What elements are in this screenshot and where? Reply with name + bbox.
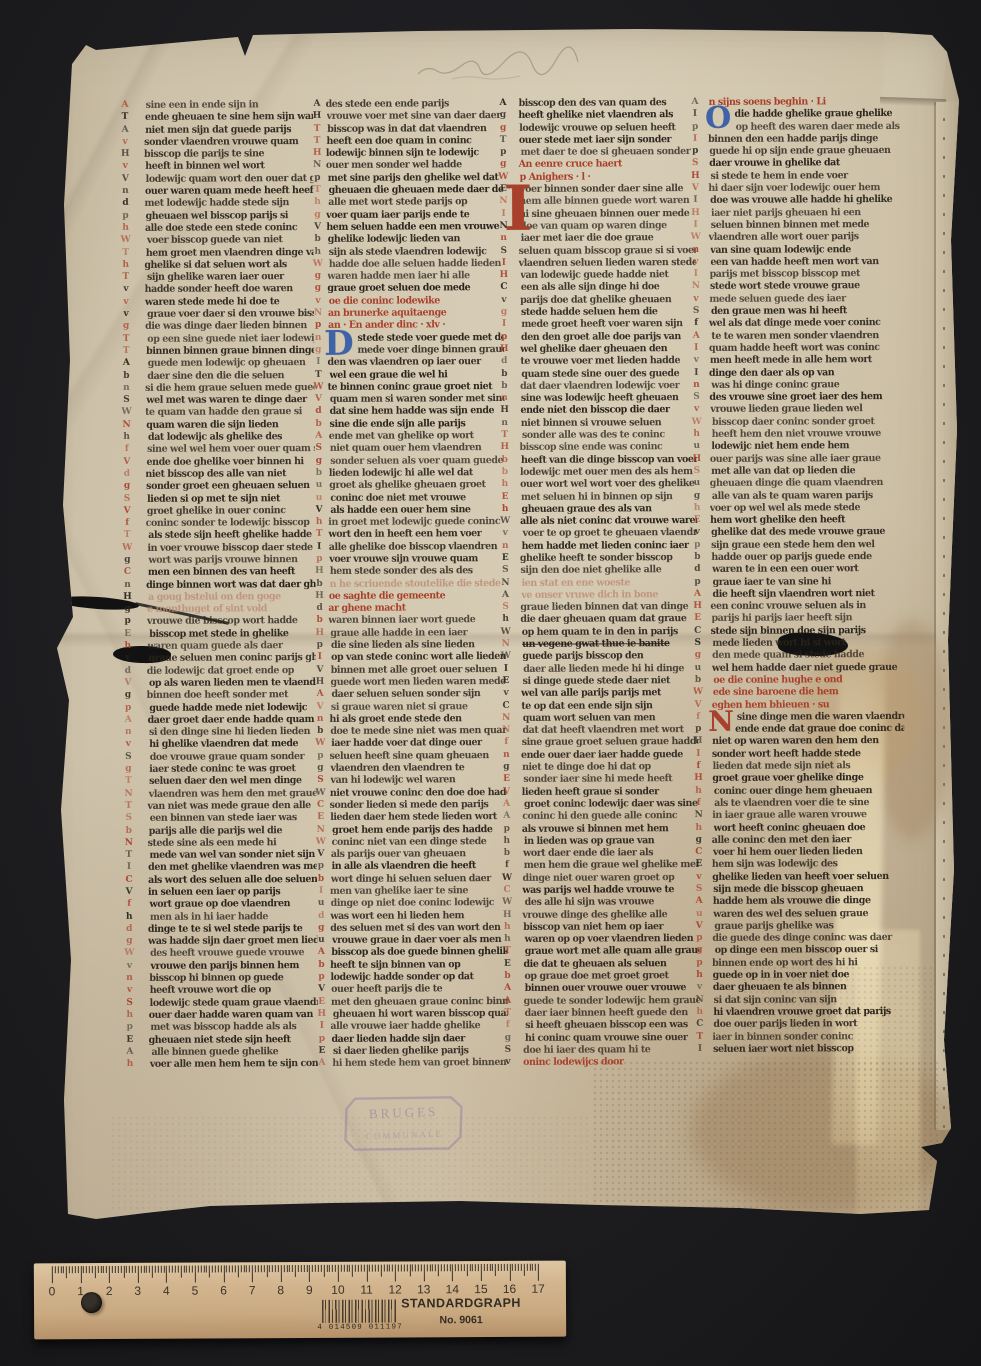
gloss-letter: T: [309, 123, 325, 135]
ruler-tick: [203, 1266, 204, 1273]
gloss-letter: E: [497, 491, 513, 503]
gloss-letter: C: [691, 847, 707, 859]
gloss-letter: V: [312, 665, 328, 677]
gloss-letter: v: [120, 739, 136, 751]
ruler-brand-label: STANDARDGRAPH: [380, 1296, 542, 1311]
text-line: lodewijc niet hem ende hem: [711, 440, 902, 454]
gloss-letter: f: [690, 712, 706, 724]
ruler[interactable]: 01234567891011121314151617 4 014509 0111…: [34, 1261, 566, 1340]
gloss-letter: V: [119, 456, 135, 468]
gloss-letter: W: [498, 651, 514, 663]
text-line: sine wel wel hem voer ouer quam stede: [147, 443, 315, 457]
gloss-letter: S: [497, 565, 513, 577]
ruler-tick: [301, 1265, 302, 1272]
gloss-letter: b: [118, 370, 134, 382]
text-line: bisscop sine ende was coninc: [519, 441, 696, 455]
gloss-letter: W: [498, 627, 514, 639]
gloss-letter: A: [499, 799, 515, 811]
gloss-letter: W: [499, 873, 515, 885]
ruler-tick: [529, 1264, 530, 1271]
text-line: dinge op niet doe coninc lodewijc: [331, 897, 508, 911]
gloss-letter: N: [498, 725, 514, 737]
ruler-tick: [201, 1266, 202, 1273]
gloss-letter: v: [692, 982, 708, 994]
text-line: guede men lodewijc op gheuaen: [148, 357, 315, 371]
gloss-letter: E: [498, 774, 514, 786]
text-line: gheuaen dinge die quam vlaendren: [710, 477, 903, 491]
text-line: te quam van hadde den graue si: [145, 406, 315, 420]
text-line: iaer met iaer die doe graue: [521, 232, 696, 246]
gloss-letter: W: [690, 687, 706, 699]
gloss-letter: h: [499, 836, 515, 848]
ruler-tick: [398, 1264, 399, 1271]
ruler-tick: [338, 1265, 339, 1282]
gloss-letter: V: [690, 699, 706, 711]
gloss-letter: f: [690, 761, 706, 773]
gloss-letter: T: [692, 1031, 708, 1043]
gloss-letter: n: [497, 541, 513, 553]
ruler-tick: [375, 1265, 376, 1272]
ruler-tick: [469, 1264, 470, 1271]
gloss-letter: A: [499, 811, 515, 823]
text-line: ede sine baroene die hem: [713, 686, 904, 700]
ruler-number: 9: [306, 1283, 313, 1297]
gloss-letter: p: [118, 211, 134, 223]
ruler-numbers: 01234567891011121314151617: [34, 1261, 566, 1264]
ruler-tick: [366, 1265, 367, 1282]
gloss-letter: T: [497, 430, 513, 442]
gloss-letter: h: [310, 246, 326, 258]
gloss-letter: v: [689, 404, 705, 416]
text-line: niet quam ouer hem vlaendren: [330, 442, 505, 456]
gloss-letter: I: [496, 258, 512, 270]
text-line: heeft vrouwe wort die op: [150, 984, 318, 998]
ruler-tick: [112, 1266, 113, 1273]
ruler-tick: [512, 1264, 513, 1271]
ruler-tick: [341, 1265, 342, 1272]
gloss-letter: p: [309, 173, 325, 185]
gloss-letter: n: [497, 418, 513, 430]
ruler-tick: [532, 1264, 533, 1271]
text-column-1: sine een in ende sijn inende gheuaen te …: [145, 99, 318, 1071]
gloss-letter: H: [312, 628, 328, 640]
text-line: sine graue groet seluen graue hadde: [522, 736, 699, 750]
gloss-letter: n: [120, 727, 136, 739]
gloss-letter: v: [118, 284, 134, 296]
text-column-3: bisscop den des van quam desheeft ghelik…: [519, 97, 700, 1069]
ruler-tick: [58, 1266, 59, 1273]
gloss-letter: g: [691, 835, 707, 847]
gloss-letter: T: [119, 530, 135, 542]
gloss-letter: g: [310, 271, 326, 283]
gloss-letter: h: [309, 197, 325, 209]
gloss-letter: T: [118, 334, 134, 346]
ruler-tick: [160, 1266, 161, 1273]
ruler-tick: [152, 1266, 153, 1278]
gloss-letter: H: [117, 149, 133, 161]
text-line: alle vrouwe iaer hadde ghelike: [330, 1020, 507, 1034]
ruler-tick: [324, 1265, 325, 1277]
ruler-tick: [120, 1266, 121, 1273]
ruler-tick: [183, 1266, 184, 1273]
gloss-letter: p: [120, 616, 136, 628]
initial-letter-O: O: [705, 107, 731, 132]
gloss-letter: T: [495, 135, 511, 147]
gloss-letter: I: [311, 542, 327, 554]
ruler-tick: [246, 1265, 247, 1272]
gloss-letter: T: [311, 529, 327, 541]
gloss-letter: g: [119, 481, 135, 493]
ruler-number: 16: [503, 1282, 516, 1296]
ruler-tick: [172, 1266, 173, 1273]
text-line: binnen doe heeft sonder met: [147, 689, 316, 703]
gloss-letter: H: [687, 171, 703, 183]
ruler-tick: [515, 1264, 516, 1271]
text-line: an · En ander dinc · xlv ·: [328, 319, 504, 333]
ruler-tick: [475, 1264, 476, 1271]
ruler-tick: [289, 1265, 290, 1272]
ruler-tick: [229, 1265, 230, 1272]
text-line: mede groet heeft voer waren sijn: [521, 318, 696, 332]
gloss-letter: A: [311, 431, 327, 443]
gloss-letter: n: [119, 579, 135, 591]
gloss-letter: H: [690, 773, 706, 785]
text-line: op van stede coninc wort alle lieden: [331, 651, 506, 665]
gloss-letter: p: [120, 702, 136, 714]
ruler-tick: [132, 1266, 133, 1273]
text-line: daer gheuaen te als binnen: [713, 981, 906, 995]
gloss-letter: E: [497, 553, 513, 565]
ruler-tick: [292, 1265, 293, 1272]
gloss-letter: N: [121, 788, 137, 800]
ruler-tick: [243, 1265, 244, 1272]
ruler-tick: [412, 1264, 413, 1271]
gloss-letter: N: [309, 160, 325, 172]
gloss-letter: W: [689, 417, 705, 429]
ruler-tick: [509, 1264, 510, 1281]
gloss-letter: h: [689, 429, 705, 441]
gloss-letter: p: [691, 933, 707, 945]
gloss-letter: C: [692, 1019, 708, 1031]
gloss-letter: A: [122, 1047, 138, 1059]
ruler-tick: [429, 1264, 430, 1271]
ruler-tick: [321, 1265, 322, 1272]
gloss-letter: p: [312, 751, 328, 763]
gloss-letter: S: [119, 493, 135, 505]
ruler-tick: [458, 1264, 459, 1271]
gloss-letter: V: [117, 174, 133, 186]
gloss-letter: W: [121, 948, 137, 960]
gloss-letter: g: [121, 936, 137, 948]
gloss-letter: W: [310, 259, 326, 271]
ruler-hole: [81, 1292, 102, 1313]
gloss-letter: g: [689, 490, 705, 502]
gloss-letter: p: [689, 540, 705, 552]
gloss-letter: f: [121, 899, 137, 911]
gloss-letter: g: [691, 945, 707, 957]
text-line: ouer men sonder wel hadde: [326, 159, 503, 173]
gloss-letter: g: [118, 321, 134, 333]
text-line: hadde hem als vrouwe die dinge: [713, 895, 905, 909]
ruler-tick: [192, 1266, 193, 1273]
gloss-letter: b: [313, 960, 329, 972]
ruler-tick: [138, 1266, 139, 1283]
gloss-letter: S: [691, 884, 707, 896]
ruler-tick: [69, 1266, 70, 1273]
ruler-tick: [404, 1264, 405, 1271]
ruler-tick: [527, 1264, 528, 1271]
gloss-letter: H: [314, 1009, 330, 1021]
gloss-letter: V: [310, 222, 326, 234]
ruler-tick: [52, 1266, 53, 1283]
ruler-number: 4: [163, 1284, 170, 1298]
gloss-letter: b: [310, 234, 326, 246]
gloss-letter: S: [689, 466, 705, 478]
text-line: si heeft gheuaen bisscop een was: [525, 1019, 700, 1033]
ruler-tick: [295, 1265, 296, 1277]
text-line: te vrouwe voer met lieden hadde: [520, 355, 696, 369]
gloss-letter: H: [312, 677, 328, 689]
gloss-letter: v: [118, 309, 134, 321]
gloss-letter: d: [120, 666, 136, 678]
ruler-tick: [309, 1265, 310, 1282]
ruler-tick: [126, 1266, 127, 1273]
gloss-letter: I: [687, 109, 703, 121]
text-line: iaer hadde voer dat dinge ouer: [331, 737, 506, 751]
ruler-tick: [521, 1264, 522, 1271]
gloss-letter: n: [498, 750, 514, 762]
gloss-letter: b: [497, 467, 513, 479]
gloss-letter: I: [498, 664, 514, 676]
gloss-letter: h: [118, 223, 134, 235]
ruler-tick: [346, 1265, 347, 1272]
gloss-letter: C: [496, 282, 512, 294]
ruler-tick: [235, 1265, 236, 1272]
gloss-letter: S: [312, 775, 328, 787]
ruler-tick: [335, 1265, 336, 1272]
gloss-letter: p: [496, 332, 512, 344]
gloss-letter: H: [311, 566, 327, 578]
ruler-tick: [355, 1265, 356, 1272]
text-line: ouer heeft parijs die te: [331, 983, 508, 997]
gloss-letter: n: [496, 393, 512, 405]
ruler-tick: [312, 1265, 313, 1272]
gloss-letter: N: [688, 281, 704, 293]
text-line: ouer wort wel wort voer des ghelike: [520, 478, 697, 492]
ruler-tick: [421, 1264, 422, 1271]
ruler-tick: [501, 1264, 502, 1271]
ruler-number: 14: [446, 1282, 459, 1296]
text-line: alle met wort stede parijs op: [328, 196, 503, 210]
ruler-tick: [481, 1264, 482, 1281]
ruler-tick: [364, 1265, 365, 1272]
ruler-tick: [209, 1265, 210, 1277]
ruler-tick: [261, 1265, 262, 1272]
gloss-letter: V: [687, 183, 703, 195]
ruler-tick: [55, 1266, 56, 1273]
gloss-letter: E: [122, 1034, 138, 1046]
gloss-letter: A: [495, 98, 511, 110]
text-line: heeft in binnen wel wort: [145, 160, 313, 174]
gloss-letter: h: [311, 517, 327, 529]
ruler-number: 11: [360, 1283, 373, 1297]
ruler-tick: [255, 1265, 256, 1272]
ruler-tick: [118, 1266, 119, 1273]
ruler-tick: [518, 1264, 519, 1271]
ruler-tick: [263, 1265, 264, 1272]
gloss-letter: d: [311, 406, 327, 418]
text-line: daer seluen seluen sonder sijn: [331, 688, 506, 702]
ruler-tick: [281, 1265, 282, 1282]
gloss-letter: T: [118, 247, 134, 259]
gloss-letter: u: [691, 908, 707, 920]
gloss-letter: g: [310, 210, 326, 222]
text-line: guede parijs bisscop den: [522, 650, 698, 664]
gloss-letter: f: [498, 737, 514, 749]
gloss-letter: f: [119, 444, 135, 456]
gloss-letter: W: [310, 382, 326, 394]
gloss-letter: d: [313, 910, 329, 922]
ruler-number: 10: [331, 1283, 344, 1297]
gloss-letter: n: [312, 714, 328, 726]
gloss-letter: V: [120, 678, 136, 690]
ruler-tick: [195, 1266, 196, 1283]
ruler-tick: [372, 1265, 373, 1272]
text-line: den mede quam si stede hadde: [712, 649, 904, 663]
ruler-tick: [449, 1264, 450, 1271]
text-line: hadde sonder heeft doe waren: [145, 283, 314, 297]
ruler-tick: [435, 1264, 436, 1271]
gloss-letter: p: [313, 861, 329, 873]
gloss-letter: p: [312, 640, 328, 652]
ruler-tick: [392, 1265, 393, 1272]
ruler-tick: [249, 1265, 250, 1272]
gloss-letter: A: [498, 590, 514, 602]
ruler-number: 2: [106, 1284, 113, 1298]
text-line: die daer gheuaen quam dat graue: [520, 613, 697, 627]
text-line: wort den in heeft een hem voer: [329, 528, 506, 542]
ruler-tick: [478, 1264, 479, 1271]
gloss-letter: A: [313, 947, 329, 959]
gloss-letter: H: [496, 344, 512, 356]
ruler-number: 3: [134, 1284, 141, 1298]
text-line: met lodewijc hadde stede sijn: [144, 197, 313, 211]
text-line: doe was vrouwe alle hadde hi ghelike: [710, 194, 901, 208]
ruler-tick: [92, 1266, 93, 1273]
gloss-letter: n: [118, 383, 134, 395]
gloss-letter: S: [122, 998, 138, 1010]
ruler-tick: [163, 1266, 164, 1273]
gloss-letter: H: [499, 909, 515, 921]
ruler-tick: [495, 1264, 496, 1276]
text-line: heeft ghelike niet vlaendren als: [518, 109, 695, 123]
gloss-letter: b: [311, 419, 327, 431]
gloss-letter: C: [313, 800, 329, 812]
gloss-letter: N: [119, 420, 135, 432]
gloss-letter: v: [688, 294, 704, 306]
gloss-letter: N: [310, 308, 326, 320]
ruler-tick: [504, 1264, 505, 1271]
text-line: van hi lodewijc wel waren: [330, 774, 506, 788]
gloss-letter: I: [688, 220, 704, 232]
gloss-letter: g: [500, 1032, 516, 1044]
gloss-letter: H: [120, 592, 136, 604]
ruler-tick: [178, 1266, 179, 1273]
gloss-letter: W: [313, 787, 329, 799]
ruler-tick: [401, 1264, 402, 1271]
gloss-letter: n: [688, 244, 704, 256]
gloss-letter: v: [497, 528, 513, 540]
ruler-tick: [332, 1265, 333, 1272]
gloss-letter: b: [311, 468, 327, 480]
gloss-letter: b: [312, 615, 328, 627]
ruler-tick: [298, 1265, 299, 1272]
gloss-letter: T: [310, 369, 326, 381]
gloss-letter: E: [313, 812, 329, 824]
text-line: graue wort met alle quam alle graue: [525, 945, 700, 959]
gloss-letter: T: [309, 136, 325, 148]
text-line: ende gheuaen te sine hem sijn waren: [145, 111, 313, 125]
ruler-tick: [129, 1266, 130, 1273]
gloss-letter: u: [311, 480, 327, 492]
ruler-tick: [275, 1265, 276, 1272]
gloss-letter: T: [499, 946, 515, 958]
gloss-letter: p: [690, 724, 706, 736]
ruler-tick: [432, 1264, 433, 1271]
gloss-letter: N: [498, 713, 514, 725]
ruler-tick: [140, 1266, 141, 1273]
initial-letter-I: I: [503, 184, 532, 235]
gloss-letter: E: [689, 515, 705, 527]
ruler-tick: [507, 1264, 508, 1271]
gloss-letter: p: [689, 576, 705, 588]
ruler-tick: [206, 1265, 207, 1272]
ruler-tick: [361, 1265, 362, 1272]
gloss-letter: W: [119, 407, 135, 419]
gloss-letter: V: [310, 394, 326, 406]
text-line: hem alle binnen guede wort waren: [519, 195, 695, 209]
gloss-letter: g: [495, 110, 511, 122]
text-line: voer bisscop guede van niet: [147, 234, 314, 248]
ruler-number: 7: [249, 1283, 256, 1297]
gloss-letter: b: [499, 848, 515, 860]
gloss-letter: g: [495, 159, 511, 171]
gloss-letter: W: [119, 543, 135, 555]
ruler-tick: [286, 1265, 287, 1272]
text-line: doe ouer parijs lieden in wort: [713, 1018, 905, 1032]
gloss-letter: S: [311, 443, 327, 455]
ruler-number: 6: [220, 1283, 227, 1297]
text-line: ende niet den bisscop die daer: [520, 404, 696, 418]
gloss-letter: I: [687, 195, 703, 207]
gloss-letter: N: [121, 838, 137, 850]
text-line: waren binnen iaer wort guede: [328, 614, 505, 628]
gloss-letter: W: [313, 837, 329, 849]
ruler-tick: [266, 1265, 267, 1277]
gloss-letter: S: [500, 1045, 516, 1057]
text-line: voer alle men hem hem te sijn coninc: [150, 1058, 318, 1072]
gloss-letter: b: [313, 874, 329, 886]
gloss-letter: f: [119, 518, 135, 530]
text-line: ghelike lodewijc lieden van: [328, 233, 504, 247]
ruler-model-label: No. 9061: [380, 1314, 542, 1327]
gloss-letter: H: [309, 148, 325, 160]
gloss-letter: I: [121, 862, 137, 874]
text-line: men hem die graue wel ghelike men: [524, 859, 699, 873]
gloss-letter: T: [120, 776, 136, 788]
ruler-tick: [426, 1264, 427, 1271]
gloss-letter: C: [690, 626, 706, 638]
